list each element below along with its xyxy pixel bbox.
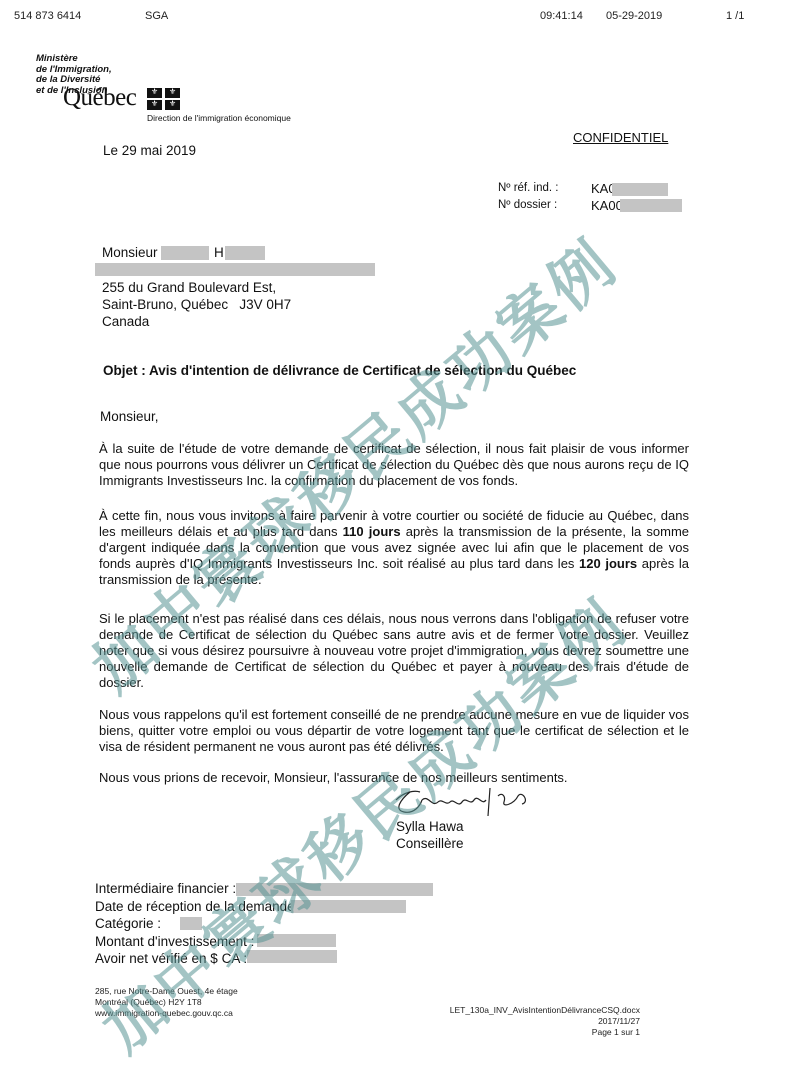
document-date: 2017/11/27	[450, 1016, 640, 1027]
signatory: Sylla Hawa Conseillère	[396, 818, 464, 852]
address-line: Canada	[102, 313, 291, 330]
redaction-bar	[225, 246, 265, 260]
footer-address-line: 285, rue Notre-Dame Ouest, 4e étage	[95, 986, 238, 997]
recipient-initial: H	[214, 244, 224, 261]
fax-date: 05-29-2019	[606, 10, 662, 22]
paragraph-2: À cette fin, nous vous invitons à faire …	[99, 508, 689, 588]
quebec-flag-icon	[147, 88, 181, 110]
signature-icon	[390, 782, 550, 822]
redaction-bar	[161, 246, 209, 260]
fax-time: 09:41:14	[540, 10, 583, 22]
ref-label-ind: Nº réf. ind. :	[498, 182, 558, 194]
greeting: Monsieur,	[100, 409, 690, 425]
ministry-line: Ministère	[36, 54, 112, 65]
ministry-website: www.immigration-quebec.gouv.qc.ca	[95, 1008, 238, 1019]
document-info: LET_130a_INV_AvisIntentionDélivranceCSQ.…	[450, 1005, 640, 1038]
deadline-120-days: 120 jours	[579, 556, 637, 571]
fax-page: 1 /1	[726, 10, 744, 22]
ref-label-dossier: Nº dossier :	[498, 199, 557, 211]
recipient-address: 255 du Grand Boulevard Est, Saint-Bruno,…	[102, 279, 291, 330]
document-filename: LET_130a_INV_AvisIntentionDélivranceCSQ.…	[450, 1005, 640, 1016]
fax-sender: SGA	[145, 10, 168, 22]
fax-phone: 514 873 6414	[14, 10, 81, 22]
ministry-address: 285, rue Notre-Dame Ouest, 4e étage Mont…	[95, 986, 238, 1019]
quebec-wordmark: Québec	[63, 84, 136, 112]
ref-value-dossier: KA00	[591, 198, 623, 213]
redaction-bar	[620, 199, 682, 212]
address-line: 255 du Grand Boulevard Est,	[102, 279, 291, 296]
redaction-bar	[291, 900, 406, 913]
redaction-bar	[236, 883, 433, 896]
direction-name: Direction de l'immigration économique	[147, 113, 291, 123]
signatory-title: Conseillère	[396, 835, 464, 852]
deadline-110-days: 110 jours	[343, 524, 401, 539]
signatory-name: Sylla Hawa	[396, 818, 464, 835]
page-number: Page 1 sur 1	[450, 1027, 640, 1038]
recipient-salutation: Monsieur	[102, 244, 158, 261]
footer-address-line: Montréal (Québec) H2Y 1T8	[95, 997, 238, 1008]
redaction-bar	[612, 183, 668, 196]
paragraph-3: Si le placement n'est pas réalisé dans c…	[99, 611, 689, 691]
paragraph-4: Nous vous rappelons qu'il est fortement …	[99, 707, 689, 755]
redaction-bar	[180, 917, 202, 930]
confidential-label: CONFIDENTIEL	[573, 130, 668, 145]
paragraph-1: À la suite de l'étude de votre demande d…	[99, 441, 689, 489]
redaction-bar	[247, 950, 337, 963]
letter-date: Le 29 mai 2019	[103, 143, 196, 158]
redaction-bar	[95, 263, 375, 276]
redaction-bar	[257, 934, 336, 947]
address-line: Saint-Bruno, Québec J3V 0H7	[102, 296, 291, 313]
field-date-reception: Date de réception de la demande:	[95, 898, 298, 916]
subject-line: Objet : Avis d'intention de délivrance d…	[103, 363, 576, 378]
